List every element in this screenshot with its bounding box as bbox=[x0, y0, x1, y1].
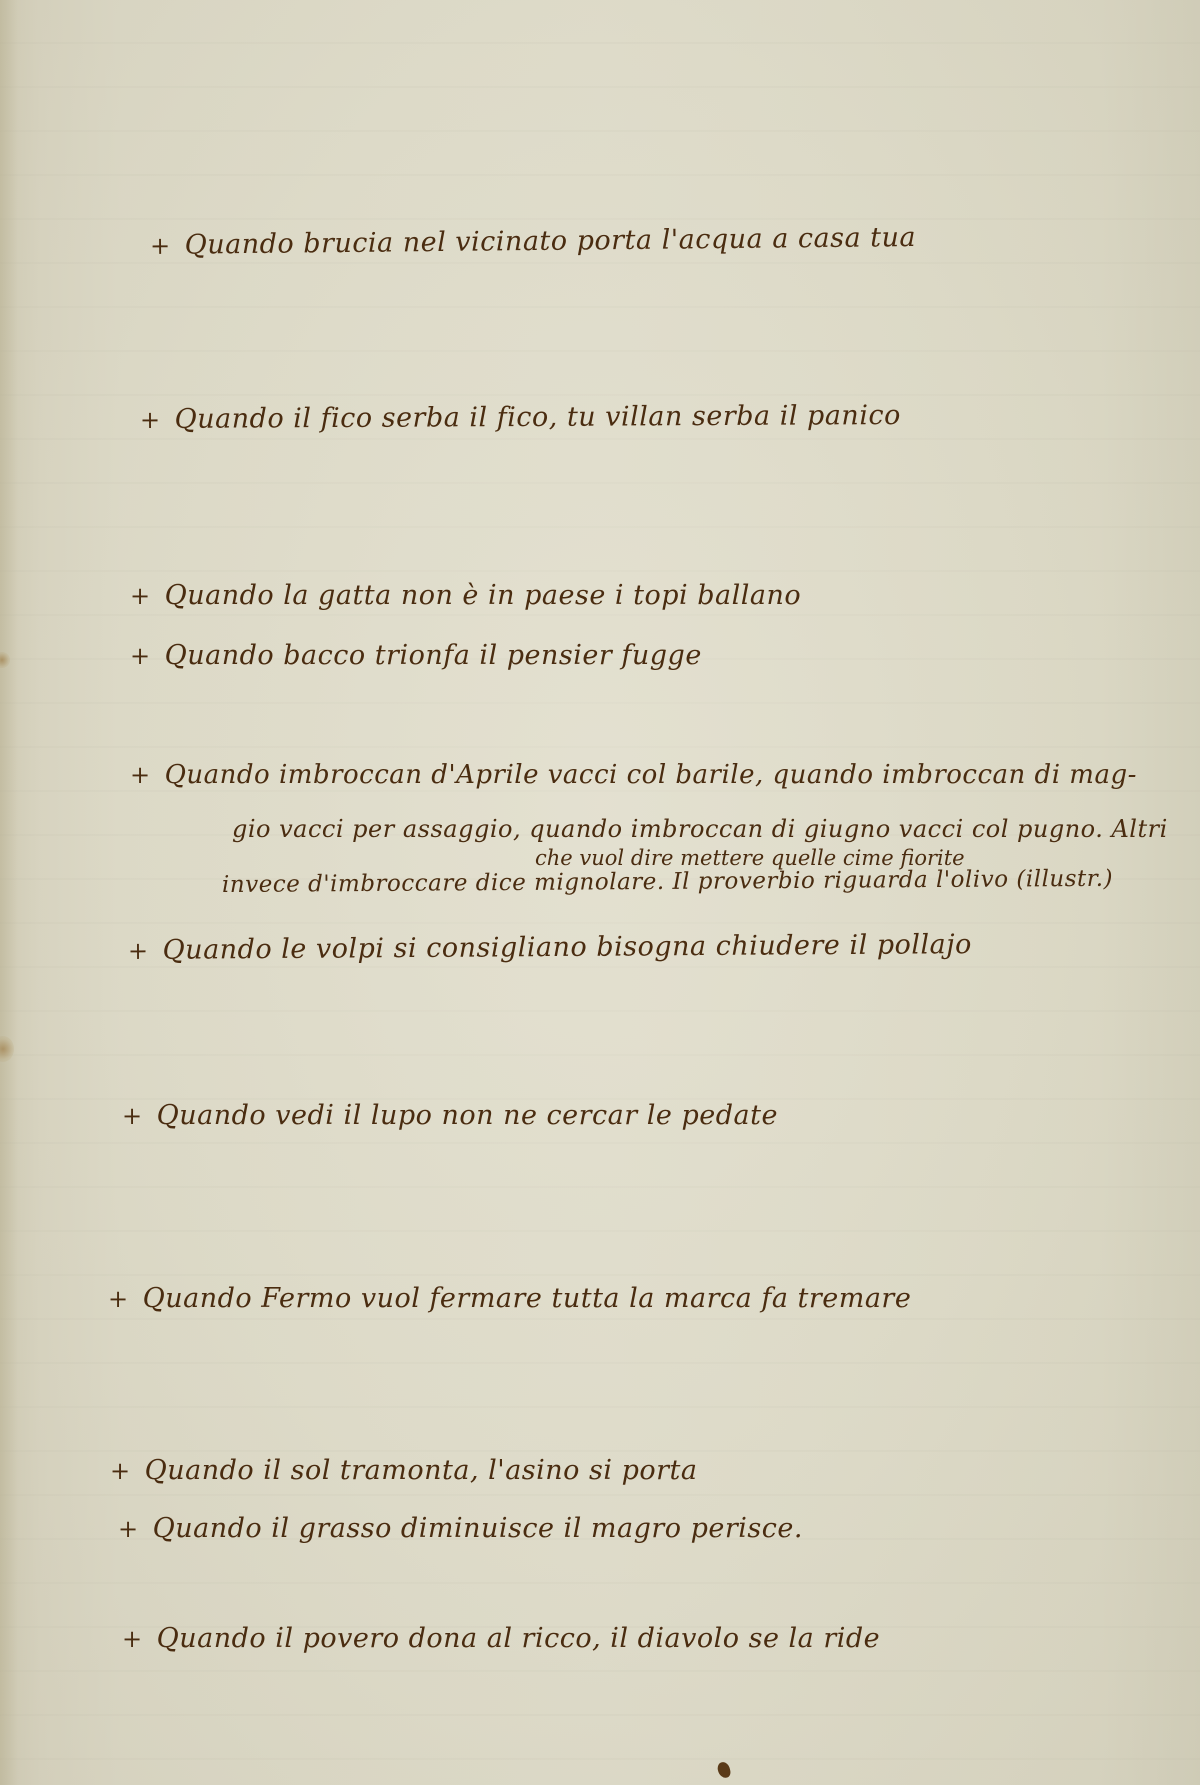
cross-mark-icon: + bbox=[140, 406, 161, 434]
page-edge-shadow bbox=[0, 0, 18, 1785]
proverb-line: +Quando le volpi si consigliano bisogna … bbox=[128, 929, 972, 966]
cross-mark-icon: + bbox=[122, 1102, 143, 1130]
cross-mark-icon: + bbox=[122, 1625, 143, 1653]
proverb-line: +Quando il fico serba il fico, tu villan… bbox=[140, 400, 901, 435]
proverb-text: Quando brucia nel vicinato porta l'acqua… bbox=[184, 222, 916, 261]
ink-blot bbox=[716, 1761, 731, 1779]
proverb-text: Quando imbroccan d'Aprile vacci col bari… bbox=[165, 760, 1137, 790]
proverb-line: +Quando Fermo vuol fermare tutta la marc… bbox=[108, 1283, 911, 1314]
proverb-text: Quando il povero dona al ricco, il diavo… bbox=[157, 1623, 881, 1654]
cross-mark-icon: + bbox=[150, 232, 171, 260]
proverb-text: Quando bacco trionfa il pensier fugge bbox=[165, 640, 702, 671]
proverb-text: Quando Fermo vuol fermare tutta la marca… bbox=[143, 1283, 912, 1314]
proverb-line: +Quando imbroccan d'Aprile vacci col bar… bbox=[130, 760, 1137, 790]
proverb-continuation: invece d'imbroccare dice mignolare. Il p… bbox=[222, 866, 1113, 898]
proverb-text: Quando il fico serba il fico, tu villan … bbox=[175, 400, 901, 435]
proverb-line: +Quando bacco trionfa il pensier fugge bbox=[130, 640, 702, 671]
cross-mark-icon: + bbox=[118, 1515, 139, 1543]
proverb-line: +Quando il sol tramonta, l'asino si port… bbox=[110, 1455, 697, 1486]
proverb-text: Quando il grasso diminuisce il magro per… bbox=[153, 1513, 803, 1544]
proverb-continuation: gio vacci per assaggio, quando imbroccan… bbox=[232, 815, 1168, 843]
cross-mark-icon: + bbox=[130, 642, 151, 670]
proverb-line: +Quando la gatta non è in paese i topi b… bbox=[130, 580, 801, 611]
proverb-line: +Quando vedi il lupo non ne cercar le pe… bbox=[122, 1100, 778, 1131]
proverb-line: +Quando il povero dona al ricco, il diav… bbox=[122, 1623, 880, 1654]
cross-mark-icon: + bbox=[130, 582, 151, 610]
proverb-line: +Quando brucia nel vicinato porta l'acqu… bbox=[150, 222, 916, 261]
cross-mark-icon: + bbox=[130, 761, 151, 789]
manuscript-page: +Quando brucia nel vicinato porta l'acqu… bbox=[0, 0, 1200, 1785]
proverb-text: Quando la gatta non è in paese i topi ba… bbox=[165, 580, 802, 611]
proverb-text: Quando le volpi si consigliano bisogna c… bbox=[163, 929, 972, 966]
cross-mark-icon: + bbox=[128, 937, 149, 965]
proverb-text: Quando il sol tramonta, l'asino si porta bbox=[145, 1455, 698, 1486]
proverb-text: Quando vedi il lupo non ne cercar le ped… bbox=[157, 1100, 778, 1131]
proverb-line: +Quando il grasso diminuisce il magro pe… bbox=[118, 1513, 803, 1544]
cross-mark-icon: + bbox=[108, 1285, 129, 1313]
cross-mark-icon: + bbox=[110, 1457, 131, 1485]
